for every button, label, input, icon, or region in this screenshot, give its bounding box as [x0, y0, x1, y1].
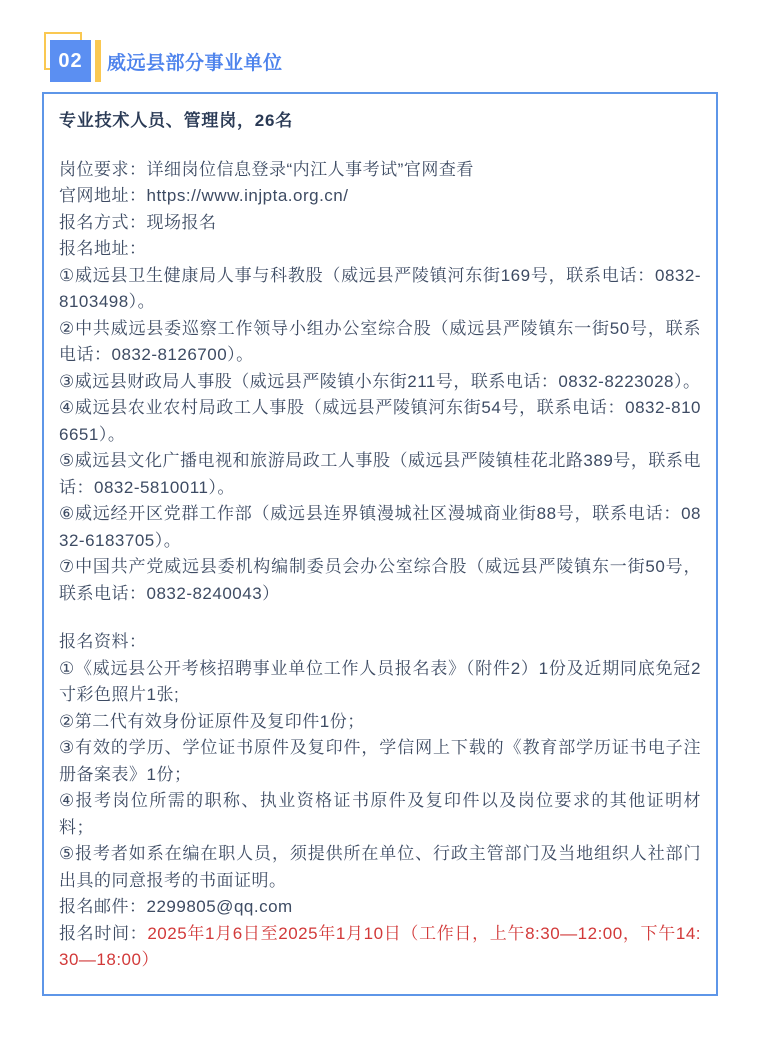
materials-label: 报名资料： — [59, 629, 701, 656]
intro-line-website: 官网地址：https://www.injpta.org.cn/ — [59, 183, 701, 210]
address-item: ③威远县财政局人事股（威远县严陵镇小东街211号，联系电话：0832-82230… — [59, 369, 701, 396]
material-item: ①《威远县公开考核招聘事业单位工作人员报名表》（附件2）1份及近期同底免冠2寸彩… — [59, 656, 701, 709]
material-item: ⑤报考者如系在编在职人员，须提供所在单位、行政主管部门及当地组织人社部门出具的同… — [59, 841, 701, 894]
section-number-badge: 02 — [50, 40, 91, 82]
card-heading: 专业技术人员、管理岗，26名 — [59, 108, 701, 135]
time-value: 2025年1月6日至2025年1月10日（工作日，上午8:30—12:00，下午… — [59, 924, 701, 970]
decor-accent-bar — [95, 40, 101, 82]
material-item: ②第二代有效身份证原件及复印件1份； — [59, 709, 701, 736]
material-item: ④报考岗位所需的职称、执业资格证书原件及复印件以及岗位要求的其他证明材料； — [59, 788, 701, 841]
address-item: ④威远县农业农村局政工人事股（威远县严陵镇河东街54号，联系电话：0832-81… — [59, 395, 701, 448]
section-title: 威远县部分事业单位 — [107, 40, 283, 82]
section-header: 02 威远县部分事业单位 — [44, 30, 718, 92]
content-card: 专业技术人员、管理岗，26名 岗位要求：详细岗位信息登录“内江人事考试”官网查看… — [42, 92, 718, 996]
time-line: 报名时间：2025年1月6日至2025年1月10日（工作日，上午8:30—12:… — [59, 921, 701, 974]
intro-line-address-label: 报名地址： — [59, 236, 701, 263]
spacer — [59, 135, 701, 157]
intro-line-job-requirements: 岗位要求：详细岗位信息登录“内江人事考试”官网查看 — [59, 157, 701, 184]
material-item: ③有效的学历、学位证书原件及复印件，学信网上下载的《教育部学历证书电子注册备案表… — [59, 735, 701, 788]
address-item: ⑤威远县文化广播电视和旅游局政工人事股（威远县严陵镇桂花北路389号，联系电话：… — [59, 448, 701, 501]
address-item: ②中共威远县委巡察工作领导小组办公室综合股（威远县严陵镇东一街50号，联系电话：… — [59, 316, 701, 369]
section-number: 02 — [58, 50, 82, 73]
time-label: 报名时间： — [59, 924, 147, 943]
address-item: ①威远县卫生健康局人事与科教股（威远县严陵镇河东街169号，联系电话：0832-… — [59, 263, 701, 316]
address-item: ⑦中国共产党威远县委机构编制委员会办公室综合股（威远县严陵镇东一街50号，联系电… — [59, 554, 701, 607]
intro-line-method: 报名方式：现场报名 — [59, 210, 701, 237]
email-line: 报名邮件：2299805@qq.com — [59, 894, 701, 921]
address-item: ⑥威远经开区党群工作部（威远县连界镇漫城社区漫城商业街88号，联系电话：0832… — [59, 501, 701, 554]
spacer — [59, 607, 701, 629]
